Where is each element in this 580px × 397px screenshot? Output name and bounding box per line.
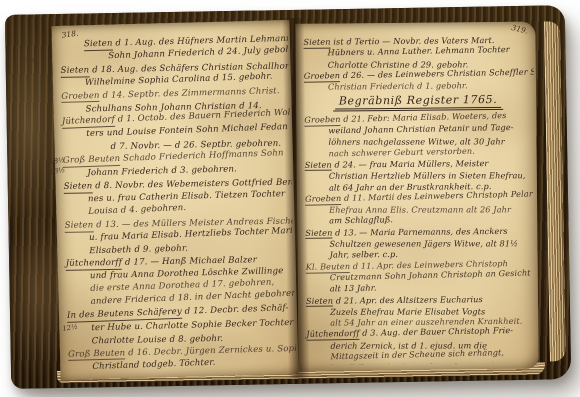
entry-place-lead: Sieten: [306, 295, 333, 307]
entry-place-lead: Jütchendorff: [306, 328, 359, 340]
manuscript-line: Hübners u. Anna Luther. Lehmann Tochter: [302, 44, 534, 60]
right-page-text: Sieten ist d Tertio — Novbr. des Vaters …: [301, 35, 536, 365]
register-heading: Begräbniß Register 1765.: [302, 94, 534, 110]
entry-place-lead: Sieten: [84, 39, 113, 51]
entry-place-lead: Groß Beuten: [63, 154, 121, 167]
photo-background: 318. Sieten d 1. Aug. des Hüfners Martin…: [0, 0, 580, 397]
entry-place-lead: Groeben: [305, 193, 342, 205]
entry-place-lead: Jütchendorff: [66, 258, 123, 271]
entry-place-lead: Groeben: [304, 70, 341, 82]
entry-place-lead: Groeben: [304, 114, 341, 126]
manuscript-line: Sieten d 13. — Maria Parnemanns, des Anc…: [303, 225, 535, 239]
manuscript-line: Sieten d 21. Apr. des Altsitzers Euchari…: [304, 293, 536, 307]
manuscript-line: Christian Hertzlieb Müllers in Sieten Eh…: [303, 171, 535, 183]
manuscript-line: Jütchendorff d 3. Aug. der Bauer Christo…: [304, 325, 536, 341]
right-page-number: 319.: [511, 23, 529, 36]
manuscript-line: Christian Friederich d 1. gebohr.: [302, 80, 534, 94]
entry-place-lead: Sieten: [64, 181, 93, 193]
left-page: 318. Sieten d 1. Aug. des Hüfners Martin…: [51, 20, 298, 380]
entry-place-lead: Sieten: [305, 227, 332, 239]
entry-place-lead: Groeben: [61, 91, 100, 104]
open-book: 318. Sieten d 1. Aug. des Hüfners Martin…: [5, 5, 571, 389]
entry-place-lead: Sieten: [305, 160, 332, 172]
manuscript-line: Sieten d 24. — frau Maria Müllers, Meist…: [303, 158, 535, 172]
right-page: 319. Sieten ist d Tertio — Novbr. des Va…: [295, 22, 538, 371]
entry-place-lead: Sieten: [61, 65, 90, 77]
manuscript-line: Schultzen gewesenen Jägers Witwe, alt 81…: [303, 238, 535, 250]
left-page-text: Sieten d 1. Aug. des Hüfners Martin Lehm…: [58, 33, 297, 374]
entry-place-lead: Sieten: [65, 220, 94, 232]
